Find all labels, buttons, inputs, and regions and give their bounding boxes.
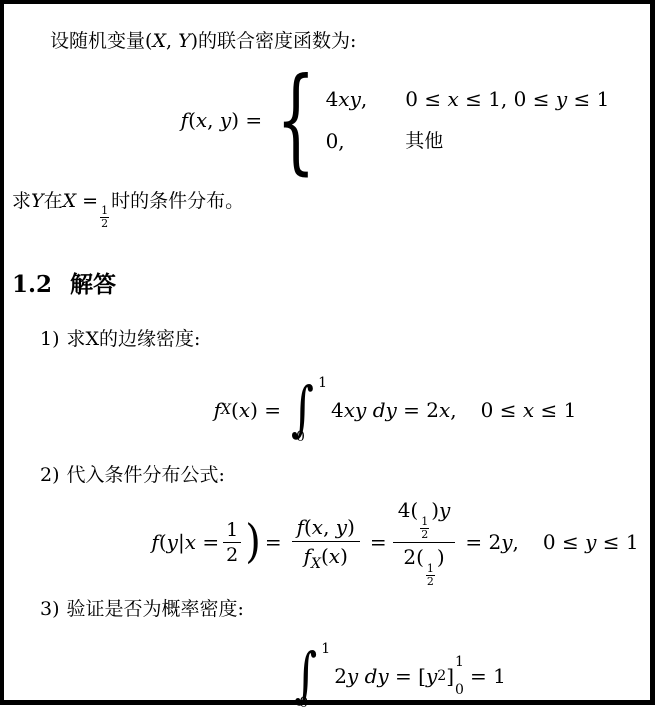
case-condition-1: 0 ≤ x ≤ 1, 0 ≤ y ≤ 1 — [405, 86, 609, 112]
document-body: 设随机变量(X, Y)的联合密度函数为: f(x, y) = { 4xy, 0 … — [12, 4, 644, 708]
question-line: 求Y在X =12时的条件分布。 — [12, 186, 644, 230]
fraction-denominator: fX(x) — [292, 543, 360, 571]
integral-sign: ∫ 1 0 — [287, 377, 327, 443]
verify-result: = 1 — [470, 664, 506, 688]
case-value-1: 4xy, — [326, 86, 368, 112]
question-var-x: X = — [63, 190, 99, 212]
question-mid: 在 — [44, 190, 63, 212]
integral-upper-limit: 1 — [321, 642, 330, 656]
fraction-bar — [292, 541, 360, 542]
step-2-label: 2) — [40, 464, 60, 486]
den-pre: 2( — [403, 545, 424, 569]
y-squared-exponent: 2 — [437, 669, 446, 683]
section-number: 1.2 — [12, 271, 52, 298]
fraction-numerator: 1 — [100, 205, 109, 217]
step-1: 1)求X的边缘密度: — [40, 326, 644, 352]
step-2: 2)代入条件分布公式: — [40, 462, 644, 488]
fraction-denominator: 2 — [426, 576, 435, 588]
equals-sign: = — [265, 530, 282, 554]
fraction-denominator: 2(12) — [393, 544, 456, 588]
equals-sign: = — [370, 530, 387, 554]
fraction-denominator: 2 — [223, 544, 241, 566]
intro-text-pre: 设随机变量 — [50, 30, 145, 52]
conditional-result: = 2y, — [465, 530, 519, 554]
marginal-lhs-rest: (x) = — [231, 398, 281, 422]
marginal-lhs-sub: X — [221, 403, 231, 417]
den-post: ) — [437, 545, 445, 569]
half-fraction: 1 2 — [223, 519, 241, 566]
den-f: f — [304, 544, 311, 568]
den-sub: X — [311, 556, 321, 572]
fraction-numerator: 1 — [420, 516, 429, 528]
integral-upper-limit: 1 — [318, 376, 327, 390]
fraction-numerator: 1 — [426, 563, 435, 575]
intro-math-xy: (X, Y) — [145, 30, 198, 52]
integral-lower-limit: 0 — [296, 430, 305, 444]
cases-brace: { — [276, 65, 315, 176]
evaluation-limits: 1 0 — [454, 655, 464, 697]
conditional-condition: 0 ≤ y ≤ 1 — [543, 530, 639, 554]
cases-table: 4xy, 0 ≤ x ≤ 1, 0 ≤ y ≤ 1 0, 其他 — [326, 86, 610, 154]
fraction-bar — [223, 542, 241, 543]
small-half-fraction: 12 — [426, 563, 435, 588]
question-post: 时的条件分布。 — [111, 190, 244, 212]
conditional-lhs: f(y|x = — [151, 530, 219, 554]
step-1-text: 求X的边缘密度: — [67, 328, 201, 350]
evaluation-lower: 0 — [455, 683, 464, 697]
piecewise-equation: f(x, y) = { 4xy, 0 ≤ x ≤ 1, 0 ≤ y ≤ 1 0,… — [79, 74, 660, 166]
question-var-y: Y — [31, 190, 44, 212]
verify-body: 2y dy = [y — [334, 664, 437, 688]
fraction-bar — [393, 542, 456, 543]
density-ratio-fraction: f(x, y) fX(x) — [292, 514, 360, 571]
closing-bracket: ] — [446, 664, 454, 688]
piecewise-lhs: f(x, y) = — [181, 108, 262, 132]
conditional-density-equation: f(y|x = 1 2 ) = f(x, y) fX(x) = 4(12)y 2… — [79, 510, 660, 574]
evaluation-upper: 1 — [455, 655, 464, 669]
den-rest: (x) — [321, 544, 348, 568]
fraction-numerator: f(x, y) — [292, 514, 360, 540]
case-condition-2: 其他 — [405, 128, 609, 154]
step-3: 3)验证是否为概率密度: — [40, 596, 644, 622]
small-half-fraction: 12 — [420, 516, 429, 541]
fraction-numerator: 4(12)y — [393, 497, 456, 541]
step-1-label: 1) — [40, 328, 60, 350]
case-value-2: 0, — [326, 128, 368, 154]
marginal-integrand: 4xy dy = 2x, — [331, 398, 457, 422]
fraction-denominator: 2 — [100, 218, 109, 230]
integral-sign: ∫ 1 0 — [290, 643, 330, 708]
fraction-numerator: 1 — [223, 519, 241, 541]
closing-paren: ) — [245, 519, 261, 565]
marginal-density-equation: fX(x) = ∫ 1 0 4xy dy = 2x, 0 ≤ x ≤ 1 — [79, 376, 660, 444]
num-pre: 4( — [398, 498, 419, 522]
section-title: 解答 — [70, 271, 116, 298]
intro-text-post: 的联合密度函数为: — [198, 30, 356, 52]
fraction-denominator: 2 — [420, 529, 429, 541]
num-post: )y — [431, 498, 450, 522]
problem-intro: 设随机变量(X, Y)的联合密度函数为: — [12, 28, 644, 54]
question-fraction: 12 — [100, 205, 109, 230]
marginal-lhs-f: f — [214, 398, 221, 422]
section-heading: 1.2解答 — [12, 270, 644, 300]
step-2-text: 代入条件分布公式: — [67, 464, 225, 486]
integral-lower-limit: 0 — [299, 696, 308, 708]
substituted-fraction: 4(12)y 2(12) — [393, 497, 456, 588]
step-3-label: 3) — [40, 598, 60, 620]
verification-equation: ∫ 1 0 2y dy = [y2] 1 0 = 1 — [79, 642, 660, 708]
marginal-condition: 0 ≤ x ≤ 1 — [481, 398, 577, 422]
question-pre: 求 — [12, 190, 31, 212]
step-3-text: 验证是否为概率密度: — [67, 598, 244, 620]
